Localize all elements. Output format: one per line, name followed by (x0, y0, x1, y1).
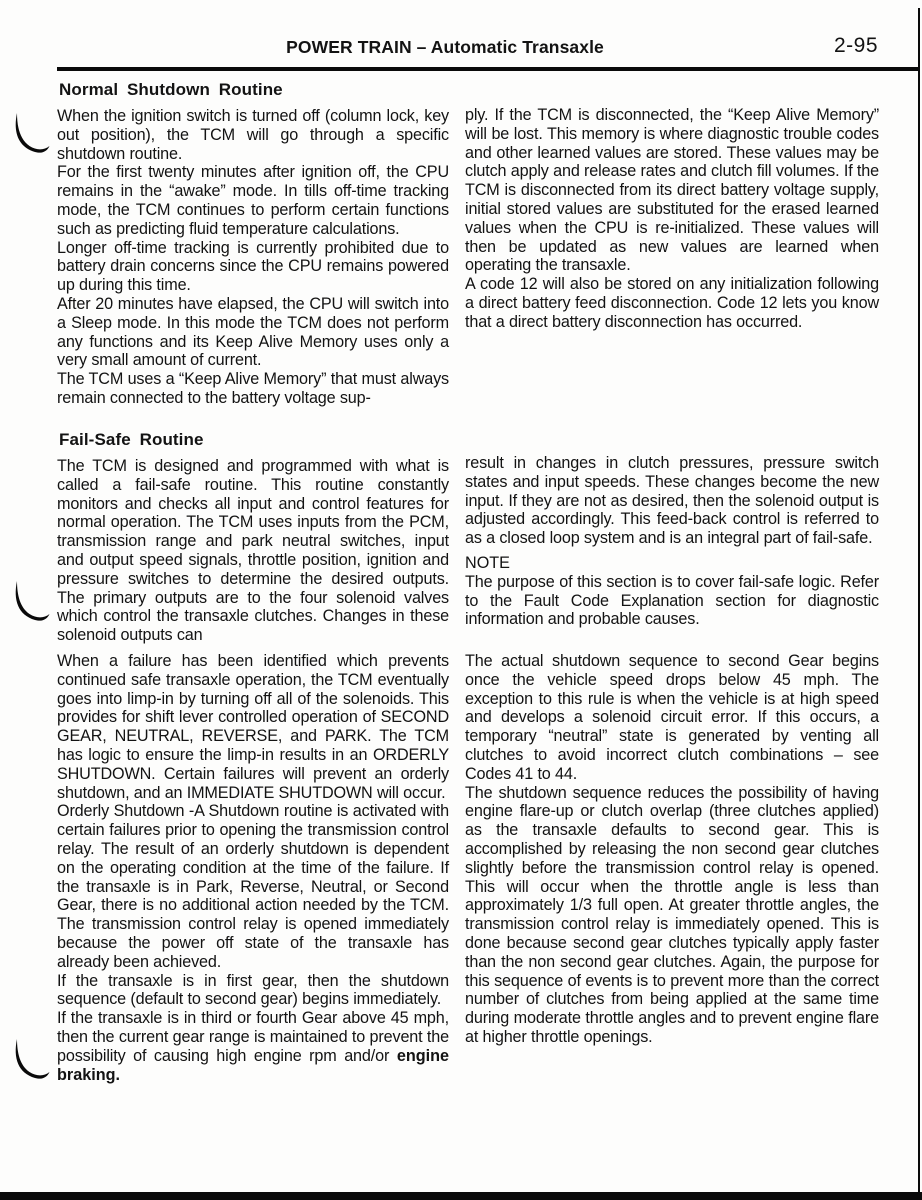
paragraph: After 20 minutes have elapsed, the CPU w… (57, 295, 449, 370)
page-title: POWER TRAIN – Automatic Transaxle (0, 37, 890, 58)
binding-crescent-icon (10, 110, 50, 162)
paragraph: The TCM is designed and programmed with … (57, 457, 449, 645)
section-shutdown-details: When a failure has been identified which… (57, 652, 879, 1084)
column-right: result in changes in clutch pressures, p… (465, 430, 879, 645)
binding-crescent-icon (10, 578, 50, 630)
paragraph: Longer off-time tracking is currently pr… (57, 239, 449, 295)
section-heading: Fail-Safe Routine (59, 430, 449, 450)
paragraph: The actual shutdown sequence to second G… (465, 652, 879, 784)
paragraph: If the transaxle is in third or fourth G… (57, 1009, 449, 1084)
note-text: The purpose of this section is to cover … (465, 573, 879, 629)
binding-crescent-icon (10, 1036, 50, 1088)
paragraph: A code 12 will also be stored on any ini… (465, 275, 879, 331)
paragraph: When the ignition switch is turned off (… (57, 107, 449, 163)
column-left: Normal Shutdown Routine When the ignitio… (57, 80, 449, 408)
paragraph: When a failure has been identified which… (57, 652, 449, 802)
paragraph: If the transaxle is in first gear, then … (57, 972, 449, 1010)
note-block: NOTE The purpose of this section is to c… (465, 554, 879, 629)
paragraph: Orderly Shutdown -A Shutdown routine is … (57, 802, 449, 971)
paragraph: For the first twenty minutes after ignit… (57, 163, 449, 238)
paragraph: The shutdown sequence reduces the possib… (465, 784, 879, 1047)
section-heading: Normal Shutdown Routine (59, 80, 449, 100)
paragraph: ply. If the TCM is disconnected, the “Ke… (465, 106, 879, 275)
column-left: Fail-Safe Routine The TCM is designed an… (57, 430, 449, 645)
page-edge-bar-bottom (0, 1192, 922, 1200)
note-label: NOTE (465, 554, 879, 573)
column-right: ply. If the TCM is disconnected, the “Ke… (465, 80, 879, 408)
section-fail-safe: Fail-Safe Routine The TCM is designed an… (57, 430, 879, 645)
page-header: POWER TRAIN – Automatic Transaxle 2-95 (0, 0, 922, 80)
paragraph: result in changes in clutch pressures, p… (465, 454, 879, 548)
header-rule (57, 67, 920, 71)
column-left: When a failure has been identified which… (57, 652, 449, 1084)
section-normal-shutdown: Normal Shutdown Routine When the ignitio… (57, 80, 879, 408)
page-edge-line-right (918, 8, 920, 1200)
paragraph: The TCM uses a “Keep Alive Memory” that … (57, 370, 449, 408)
column-right: The actual shutdown sequence to second G… (465, 652, 879, 1084)
paragraph-text: If the transaxle is in third or fourth G… (57, 1009, 449, 1065)
page-number: 2-95 (834, 34, 878, 58)
